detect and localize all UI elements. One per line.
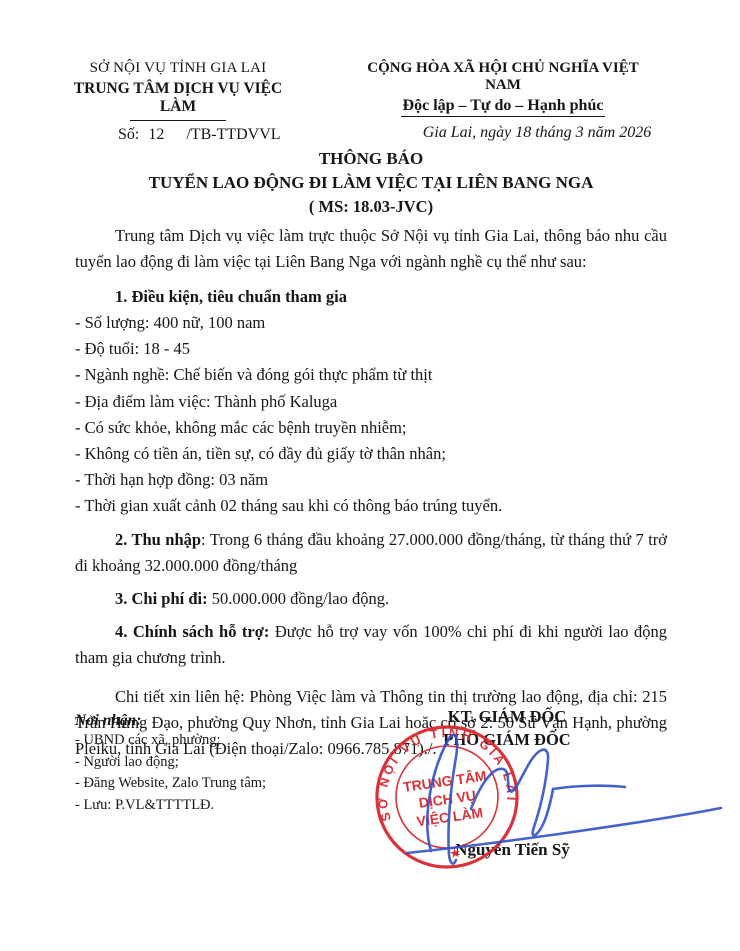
agency-name: TRUNG TÂM DỊCH VỤ VIỆC LÀM xyxy=(68,80,288,116)
recipient-item: - Người lao động; xyxy=(75,752,266,774)
recipients-heading: Nơi nhận: xyxy=(75,712,266,730)
parent-agency-name: SỞ NỘI VỤ TỈNH GIA LAI xyxy=(68,60,288,77)
document-number-suffix: /TB-TTDVVL xyxy=(186,126,280,143)
section-1-list: - Số lượng: 400 nữ, 100 nam - Độ tuổi: 1… xyxy=(75,310,667,520)
agency-underline xyxy=(130,120,226,121)
title-line-1: THÔNG BÁO xyxy=(75,149,667,169)
recipients-block: Nơi nhận: - UBND các xã, phường; - Người… xyxy=(75,712,266,816)
national-motto-block: CỘNG HÒA XÃ HỘI CHỦ NGHĨA VIỆT NAM Độc l… xyxy=(352,60,654,117)
document-number-value: 12 xyxy=(148,126,164,143)
document-number: Số:12/TB-TTDVVL xyxy=(118,126,281,144)
title-line-2: TUYỂN LAO ĐỘNG ĐI LÀM VIỆC TẠI LIÊN BANG… xyxy=(75,173,667,193)
document-number-label: Số: xyxy=(118,126,139,143)
section-3-label: 3. Chi phí đi: xyxy=(115,589,208,608)
section-4-paragraph: 4. Chính sách hỗ trợ: Được hỗ trợ vay vố… xyxy=(75,619,667,671)
list-item: - Thời gian xuất cảnh 02 tháng sau khi c… xyxy=(75,493,667,519)
recipient-item: - Lưu: P.VL&TTTTLĐ. xyxy=(75,795,266,817)
section-3-text: 50.000.000 đồng/lao động. xyxy=(208,589,390,608)
signature-stroke xyxy=(471,750,553,836)
section-2-label: 2. Thu nhập xyxy=(115,530,201,549)
list-item: - Ngành nghề: Chế biến và đóng gói thực … xyxy=(75,362,667,388)
place-and-date: Gia Lai, ngày 18 tháng 3 năm 2026 xyxy=(402,124,672,142)
intro-paragraph: Trung tâm Dịch vụ việc làm trực thuộc Sở… xyxy=(75,223,667,275)
country-title: CỘNG HÒA XÃ HỘI CHỦ NGHĨA VIỆT NAM xyxy=(352,60,654,94)
recipient-item: - Đăng Website, Zalo Trung tâm; xyxy=(75,773,266,795)
document-title: THÔNG BÁO TUYỂN LAO ĐỘNG ĐI LÀM VIỆC TẠI… xyxy=(75,149,667,217)
recipient-item: - UBND các xã, phường; xyxy=(75,730,266,752)
list-item: - Không có tiền án, tiền sự, có đầy đủ g… xyxy=(75,441,667,467)
document-page: SỞ NỘI VỤ TỈNH GIA LAI TRUNG TÂM DỊCH VỤ… xyxy=(0,0,740,951)
section-2-paragraph: 2. Thu nhập: Trong 6 tháng đầu khoảng 27… xyxy=(75,527,667,579)
title-line-3: ( MS: 18.03-JVC) xyxy=(75,197,667,217)
signature-stroke xyxy=(427,735,457,864)
section-1-heading: 1. Điều kiện, tiêu chuẩn tham gia xyxy=(75,284,667,310)
national-motto: Độc lập – Tự do – Hạnh phúc xyxy=(401,97,606,117)
list-item: - Có sức khỏe, không mắc các bệnh truyền… xyxy=(75,415,667,441)
signature-stroke xyxy=(553,786,625,789)
list-item: - Thời hạn hợp đồng: 03 năm xyxy=(75,467,667,493)
list-item: - Địa điểm làm việc: Thành phố Kaluga xyxy=(75,389,667,415)
handwritten-signature xyxy=(393,729,725,877)
section-3-paragraph: 3. Chi phí đi: 50.000.000 đồng/lao động. xyxy=(75,586,667,612)
section-4-label: 4. Chính sách hỗ trợ: xyxy=(115,622,269,641)
list-item: - Số lượng: 400 nữ, 100 nam xyxy=(75,310,667,336)
document-body: Trung tâm Dịch vụ việc làm trực thuộc Sở… xyxy=(75,223,667,762)
issuing-agency-block: SỞ NỘI VỤ TỈNH GIA LAI TRUNG TÂM DỊCH VỤ… xyxy=(68,60,288,121)
signature-stroke xyxy=(407,808,721,853)
list-item: - Độ tuổi: 18 - 45 xyxy=(75,336,667,362)
